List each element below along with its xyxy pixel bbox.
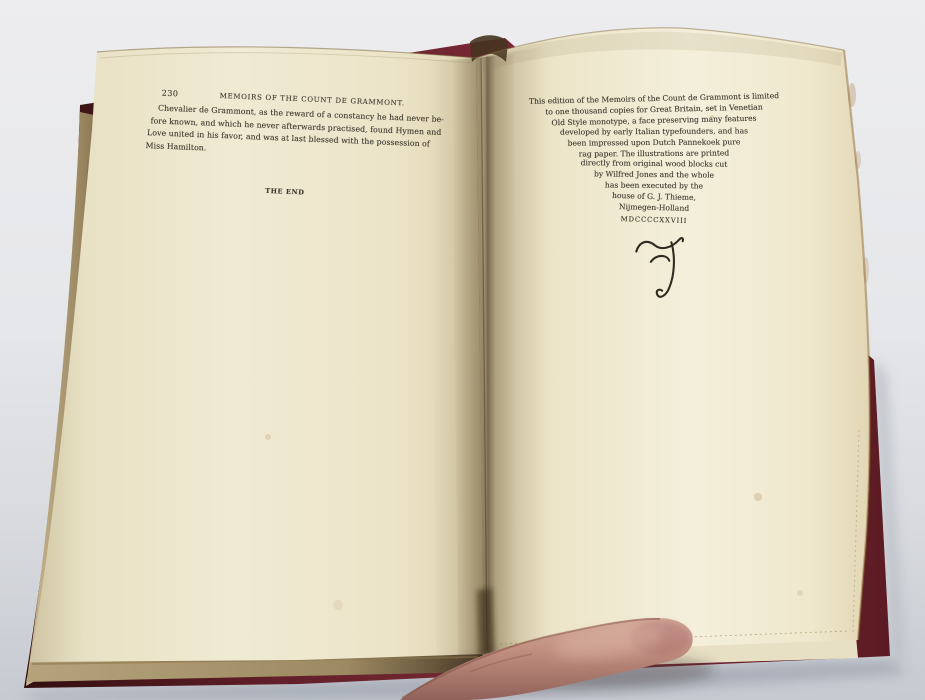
foxing-spot [754, 493, 762, 501]
colophon-text-block: This edition of the Memoirs of the Count… [498, 94, 810, 226]
foxing-spot [797, 590, 803, 596]
foxing-spot [863, 257, 869, 283]
the-end-label: THE END [252, 186, 318, 197]
running-title: MEMOIRS OF THE COUNT DE GRAMMONT. [219, 92, 404, 107]
foxing-spot [265, 434, 271, 440]
left-page-text-block: 230 MEMOIRS OF THE COUNT DE GRAMMONT. Ch… [141, 86, 476, 229]
foxing-spot [848, 83, 856, 107]
foxing-spot [855, 151, 861, 169]
body-line: Miss Hamilton. [145, 140, 206, 154]
foxing-spot [333, 600, 343, 610]
book-photo-scene: 230 MEMOIRS OF THE COUNT DE GRAMMONT. Ch… [0, 0, 925, 700]
printers-device-icon [630, 234, 688, 300]
page-number: 230 [162, 89, 179, 99]
